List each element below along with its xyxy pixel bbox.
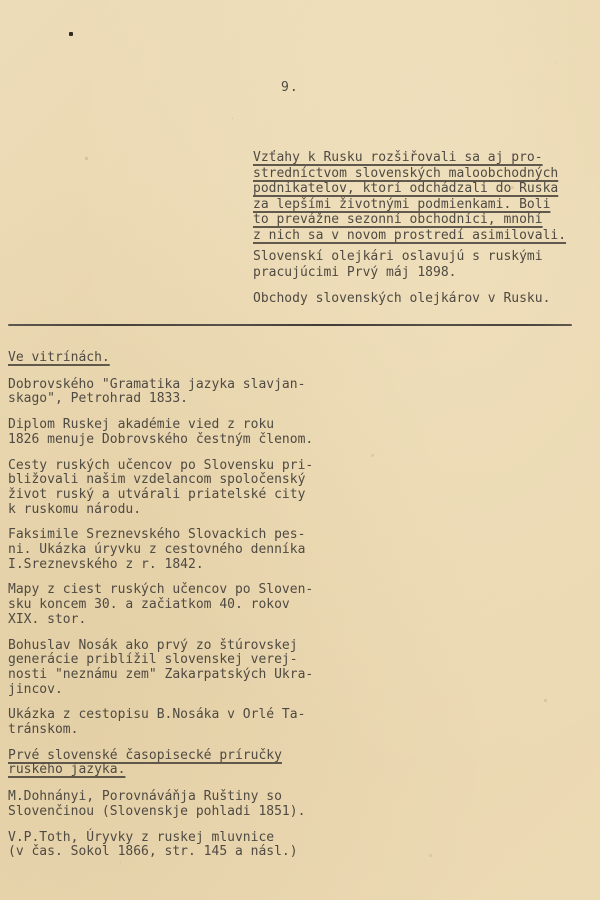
exhibit-paragraph: V.P.Toth, Úryvky z ruskej mluvnice (v ča…	[8, 831, 356, 860]
page-number: 9.	[281, 80, 299, 95]
underlined-intro-paragraph: Vzťahy k Rusku rozšiřovali sa aj pro- st…	[253, 150, 588, 243]
exhibit-paragraph: M.Dohnányi, Porovnáváňja Ruštiny so Slov…	[8, 790, 356, 819]
intro-block: Vzťahy k Rusku rozšiřovali sa aj pro- st…	[253, 150, 588, 318]
section-heading: Ve vitrínách.	[8, 351, 356, 366]
subsection-heading: Prvé slovenské časopisecké príručky rusk…	[8, 749, 356, 778]
horizontal-rule	[8, 324, 572, 326]
paragraph-olejkari-may: Slovenskí olejkári oslavujú s ruskými pr…	[253, 249, 588, 280]
exhibit-paragraph: Bohuslav Nosák ako prvý zo štúrovskej ge…	[8, 639, 356, 698]
exhibit-paragraph: Diplom Ruskej akadémie vied z roku 1826 …	[8, 418, 356, 447]
exhibit-paragraph: Faksimile Sreznevského Slovackich pes- n…	[8, 528, 356, 572]
document-page: 9. Vzťahy k Rusku rozšiřovali sa aj pro-…	[0, 0, 600, 900]
paragraph-obchody: Obchody slovenských olejkárov v Rusku.	[253, 291, 588, 307]
exhibit-list: Ve vitrínách. Dobrovského "Gramatika jaz…	[8, 351, 356, 871]
exhibit-paragraph: Mapy z ciest ruských učencov po Sloven- …	[8, 583, 356, 627]
exhibit-paragraph: Cesty ruských učencov po Slovensku pri- …	[8, 459, 356, 518]
exhibit-paragraph: Ukázka z cestopisu B.Nosáka v Orlé Ta- t…	[8, 708, 356, 737]
exhibit-paragraph: Dobrovského "Gramatika jazyka slavjan- s…	[8, 378, 356, 407]
paper-texture	[0, 0, 1, 1]
ink-speck	[69, 32, 73, 36]
